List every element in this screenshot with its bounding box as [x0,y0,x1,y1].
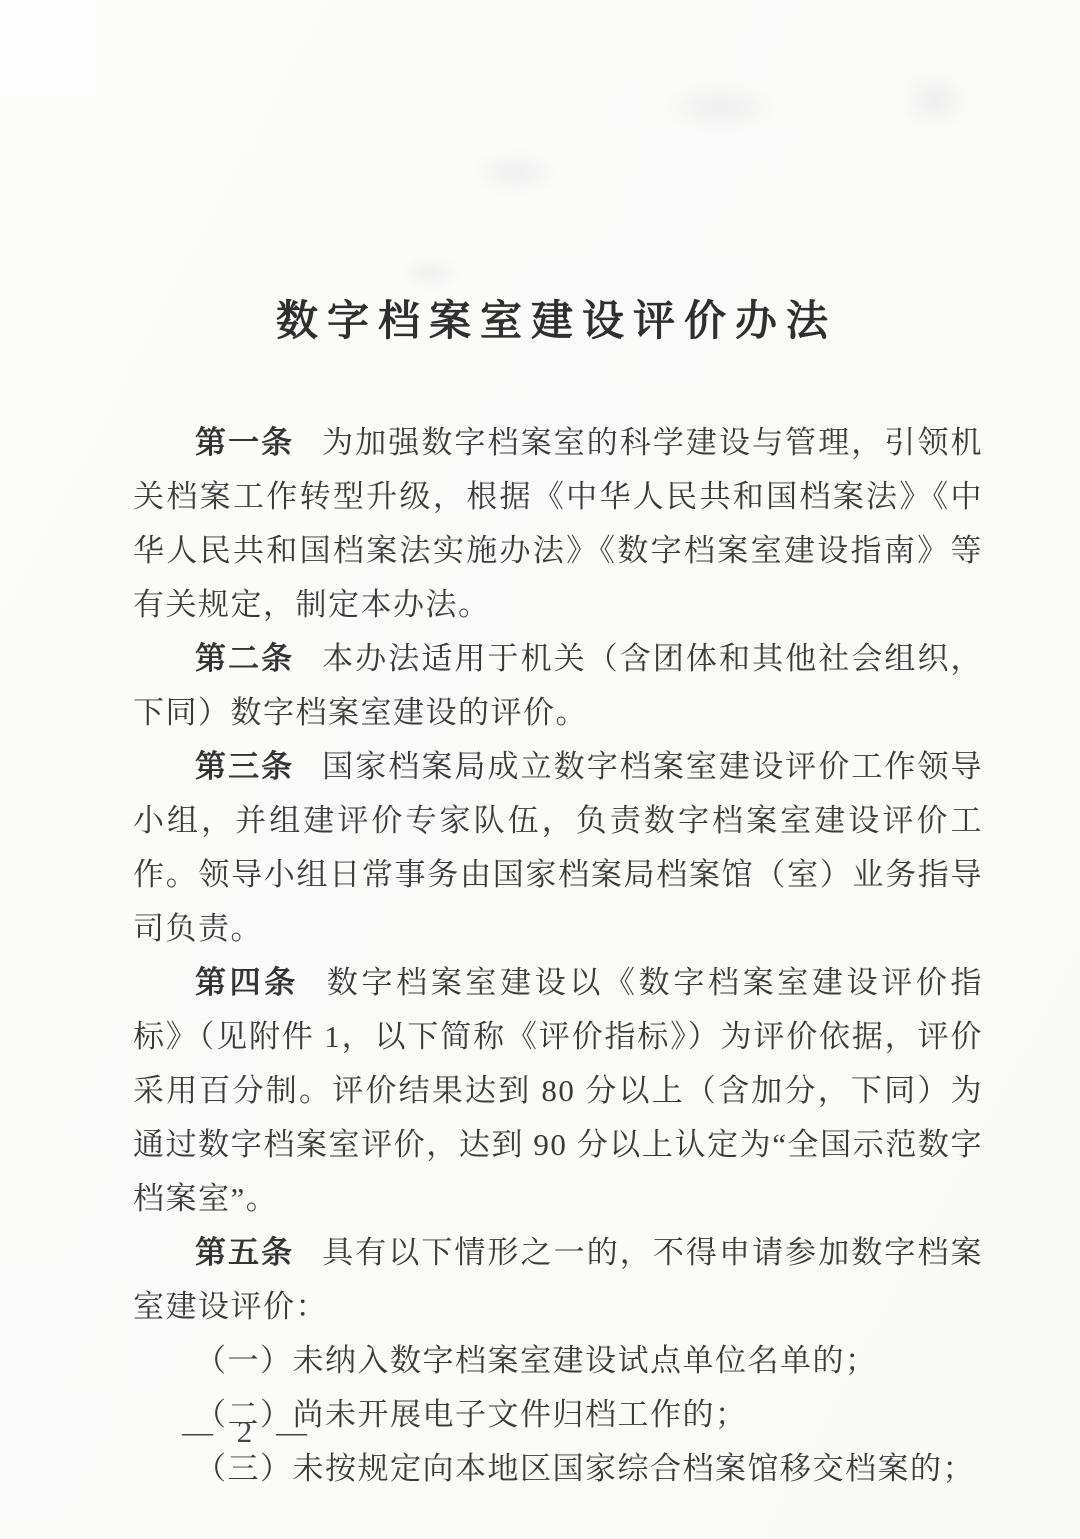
list-item-1: （一）未纳入数字档案室建设试点单位名单的； [133,1334,983,1388]
document-body: 第一条为加强数字档案室的科学建设与管理，引领机关档案工作转型升级，根据《中华人民… [133,416,983,1496]
document-page: 数字档案室建设评价办法 第一条为加强数字档案室的科学建设与管理，引领机关档案工作… [0,0,1080,1539]
article-4: 第四条数字档案室建设以《数字档案室建设评价指标》（见附件 1，以下简称《评价指标… [133,956,983,1226]
article-2-label: 第二条 [195,641,294,676]
article-5-label: 第五条 [195,1235,294,1270]
scan-smudge [400,255,460,290]
list-item-3: （三）未按规定向本地区国家综合档案馆移交档案的； [133,1442,983,1496]
article-3: 第三条国家档案局成立数字档案室建设评价工作领导小组，并组建评价专家队伍，负责数字… [133,740,983,956]
article-4-text: 数字档案室建设以《数字档案室建设评价指标》（见附件 1，以下简称《评价指标》）为… [133,965,983,1216]
document-title: 数字档案室建设评价办法 [133,298,980,346]
scan-smudge [470,150,560,195]
article-3-label: 第三条 [195,749,294,784]
article-2: 第二条本办法适用于机关（含团体和其他社会组织，下同）数字档案室建设的评价。 [133,632,983,740]
page-number: — 2 — [182,1414,315,1450]
article-5: 第五条具有以下情形之一的，不得申请参加数字档案室建设评价： [133,1226,983,1334]
article-1-label: 第一条 [195,425,294,460]
article-1: 第一条为加强数字档案室的科学建设与管理，引领机关档案工作转型升级，根据《中华人民… [133,416,983,632]
scan-corner-artifact [0,0,96,96]
scan-smudge [900,70,970,130]
scan-smudge [660,80,780,135]
article-4-label: 第四条 [195,965,299,1000]
